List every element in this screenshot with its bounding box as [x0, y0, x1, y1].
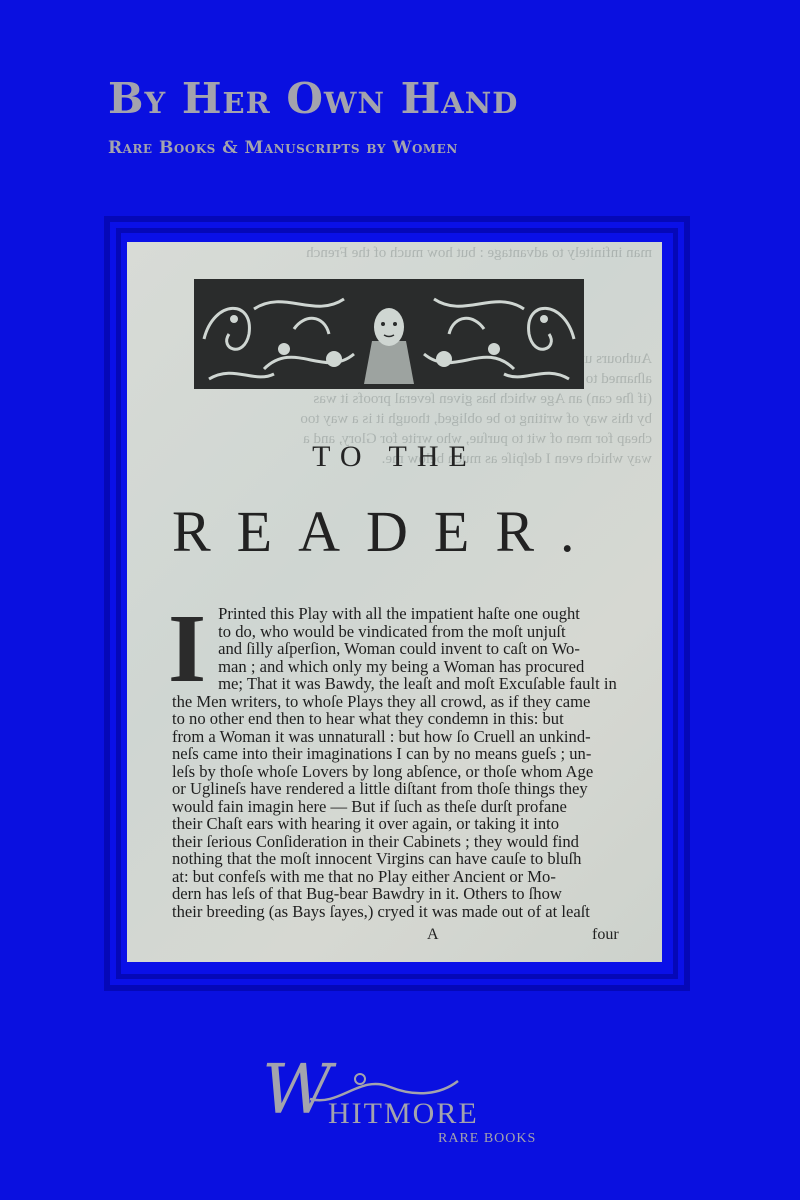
drop-cap-initial: I — [168, 609, 206, 691]
catalogue-subtitle: Rare Books & Manuscripts by Women — [108, 138, 458, 158]
logo-subtitle: RARE BOOKS — [438, 1131, 536, 1147]
text-line: me; That it was Bawdy, the leaſt and moſ… — [172, 675, 622, 693]
text-line: man ; and which only my being a Woman ha… — [172, 658, 622, 676]
woodcut-headpiece-ornament — [194, 279, 584, 389]
heading-reader: READER. — [172, 498, 601, 565]
text-line: to do, who would be vindicated from the … — [172, 623, 622, 641]
whitmore-logo: W HITMORE RARE BOOKS — [262, 1065, 542, 1155]
text-line: to no other end then to hear what they c… — [172, 710, 622, 728]
text-line: their breeding (as Bays ſayes,) cryed it… — [172, 903, 622, 921]
text-line: at: but confeſs with me that no Play eit… — [172, 868, 622, 886]
catchword: four — [592, 926, 619, 944]
text-line: would fain imagin here — But if ſuch as … — [172, 798, 622, 816]
signature-mark: A — [427, 926, 439, 944]
bleed-through-text: (if ſhe can) an Age which has given ſeve… — [147, 390, 652, 408]
bleed-through-text: man infinitely to advantage : but how mu… — [147, 244, 652, 262]
logo-initial: W — [262, 1057, 332, 1125]
bleed-through-text: by this way of writing to be obliged, th… — [147, 410, 652, 428]
text-line: or Uglineſs have rendered a little diſta… — [172, 780, 622, 798]
text-line: their Chaſt ears with hearing it over ag… — [172, 815, 622, 833]
text-line: dern has leſs of that Bug-bear Bawdry in… — [172, 885, 622, 903]
heading-to-the: TO THE — [127, 440, 662, 474]
text-line: the Men writers, to whoſe Plays they all… — [172, 693, 622, 711]
floral-ornament-icon — [194, 279, 584, 389]
book-page-image: man infinitely to advantage : but how mu… — [127, 242, 662, 962]
text-line: neſs came into their imaginations I can … — [172, 745, 622, 763]
logo-name: HITMORE — [328, 1097, 479, 1131]
preface-text: I Printed this Play with all the impatie… — [172, 605, 622, 920]
text-line: and ſilly aſperſion, Woman could invent … — [172, 640, 622, 658]
text-line: nothing that the moſt innocent Virgins c… — [172, 850, 622, 868]
text-line: leſs by thoſe whoſe Lovers by long abſen… — [172, 763, 622, 781]
text-line: Printed this Play with all the impatient… — [172, 605, 622, 623]
text-line: from a Woman it was unnaturall : but how… — [172, 728, 622, 746]
catalogue-title: By Her Own Hand — [108, 78, 518, 120]
text-line: their ſerious Conſideration in their Cab… — [172, 833, 622, 851]
